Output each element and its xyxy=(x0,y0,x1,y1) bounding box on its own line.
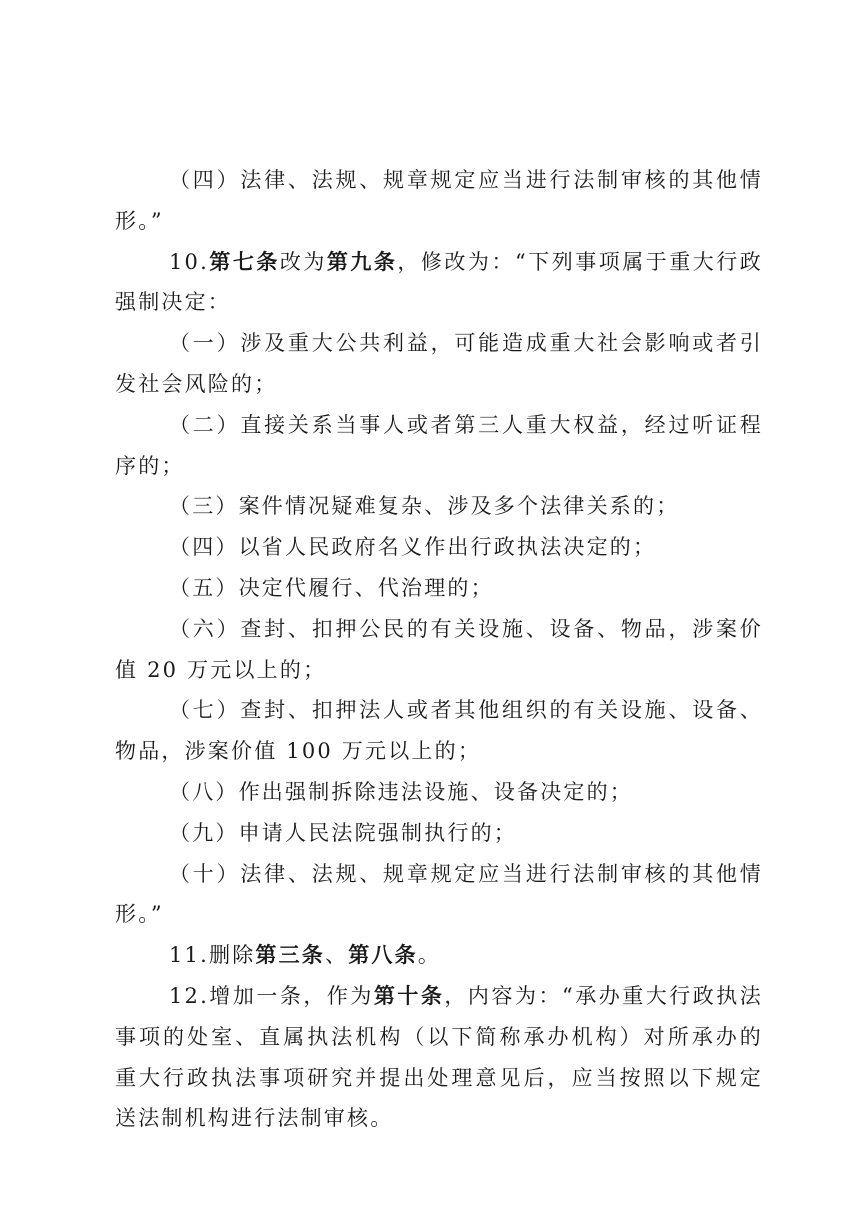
text: （四）以省人民政府名义作出行政执法决定的； xyxy=(169,535,656,559)
article-ref: 第十条 xyxy=(374,983,445,1008)
text: 11.删除 xyxy=(169,943,255,967)
text: （八）作出强制拆除违法设施、设备决定的； xyxy=(169,780,633,804)
document-body: （四）法律、法规、规章规定应当进行法制审核的其他情形。” 10.第七条改为第九条… xyxy=(115,160,763,1139)
text: （七）查封、扣押法人或者其他组织的有关设施、设备、物品，涉案价值 100 万元以… xyxy=(115,698,763,763)
text: （四）法律、法规、规章规定应当进行法制审核的其他情形。” xyxy=(115,168,763,233)
text: （三）案件情况疑难复杂、涉及多个法律关系的； xyxy=(169,494,679,518)
text: （六）查封、扣押公民的有关设施、设备、物品，涉案价值 20 万元以上的； xyxy=(115,617,763,682)
list-item: （十）法律、法规、规章规定应当进行法制审核的其他情形。” xyxy=(115,854,763,936)
article-ref: 第三条 xyxy=(255,942,325,967)
text: （二）直接关系当事人或者第三人重大权益，经过听证程序的； xyxy=(115,413,763,478)
text: 。 xyxy=(418,943,441,967)
paragraph-clause10: 10.第七条改为第九条，修改为：“下列事项属于重大行政强制决定： xyxy=(115,242,763,324)
document-page: （四）法律、法规、规章规定应当进行法制审核的其他情形。” 10.第七条改为第九条… xyxy=(0,0,868,1228)
clause-number: 10. xyxy=(169,250,209,274)
list-item: （九）申请人民法院强制执行的； xyxy=(115,813,763,854)
text: （九）申请人民法院强制执行的； xyxy=(169,821,517,845)
text: 改为 xyxy=(280,250,327,274)
article-ref: 第八条 xyxy=(348,942,418,967)
paragraph-item4-end: （四）法律、法规、规章规定应当进行法制审核的其他情形。” xyxy=(115,160,763,242)
text: （十）法律、法规、规章规定应当进行法制审核的其他情形。” xyxy=(115,862,763,927)
list-item: （五）决定代履行、代治理的； xyxy=(115,568,763,609)
article-ref: 第七条 xyxy=(209,249,280,274)
list-item: （二）直接关系当事人或者第三人重大权益，经过听证程序的； xyxy=(115,405,763,487)
list-item: （六）查封、扣押公民的有关设施、设备、物品，涉案价值 20 万元以上的； xyxy=(115,609,763,691)
list-item: （七）查封、扣押法人或者其他组织的有关设施、设备、物品，涉案价值 100 万元以… xyxy=(115,690,763,772)
paragraph-clause11: 11.删除第三条、第八条。 xyxy=(115,935,763,976)
list-item: （一）涉及重大公共利益，可能造成重大社会影响或者引发社会风险的； xyxy=(115,323,763,405)
article-ref: 第九条 xyxy=(327,249,398,274)
text: 12.增加一条，作为 xyxy=(169,984,374,1008)
text: （一）涉及重大公共利益，可能造成重大社会影响或者引发社会风险的； xyxy=(115,331,763,396)
paragraph-clause12: 12.增加一条，作为第十条，内容为：“承办重大行政执法事项的处室、直属执法机构（… xyxy=(115,976,763,1139)
list-item: （八）作出强制拆除违法设施、设备决定的； xyxy=(115,772,763,813)
list-item: （三）案件情况疑难复杂、涉及多个法律关系的； xyxy=(115,486,763,527)
text: （五）决定代履行、代治理的； xyxy=(169,576,494,600)
list-item: （四）以省人民政府名义作出行政执法决定的； xyxy=(115,527,763,568)
text: 、 xyxy=(325,943,348,967)
